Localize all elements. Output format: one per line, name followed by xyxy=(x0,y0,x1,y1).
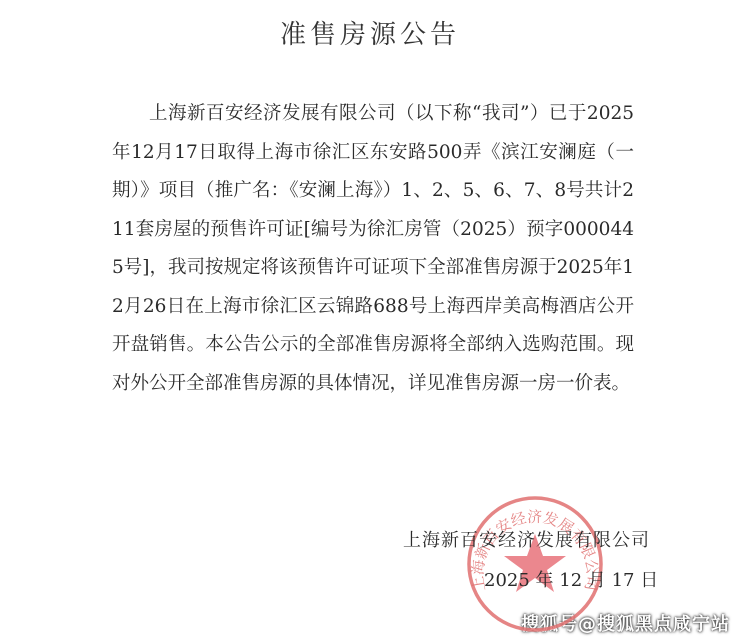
company-seal-stamp: 上海新百安经济发展有限公司 xyxy=(465,494,605,634)
signature-date: 2025 年 12 月 17 日 xyxy=(484,566,658,592)
announcement-paragraph: 上海新百安经济发展有限公司（以下称“我司”）已于2025年12月17日取得上海市… xyxy=(112,95,634,403)
announcement-body: 上海新百安经济发展有限公司（以下称“我司”）已于2025年12月17日取得上海市… xyxy=(112,95,634,403)
document-title: 准售房源公告 xyxy=(0,14,740,51)
signature-company: 上海新百安经济发展有限公司 xyxy=(403,526,650,552)
